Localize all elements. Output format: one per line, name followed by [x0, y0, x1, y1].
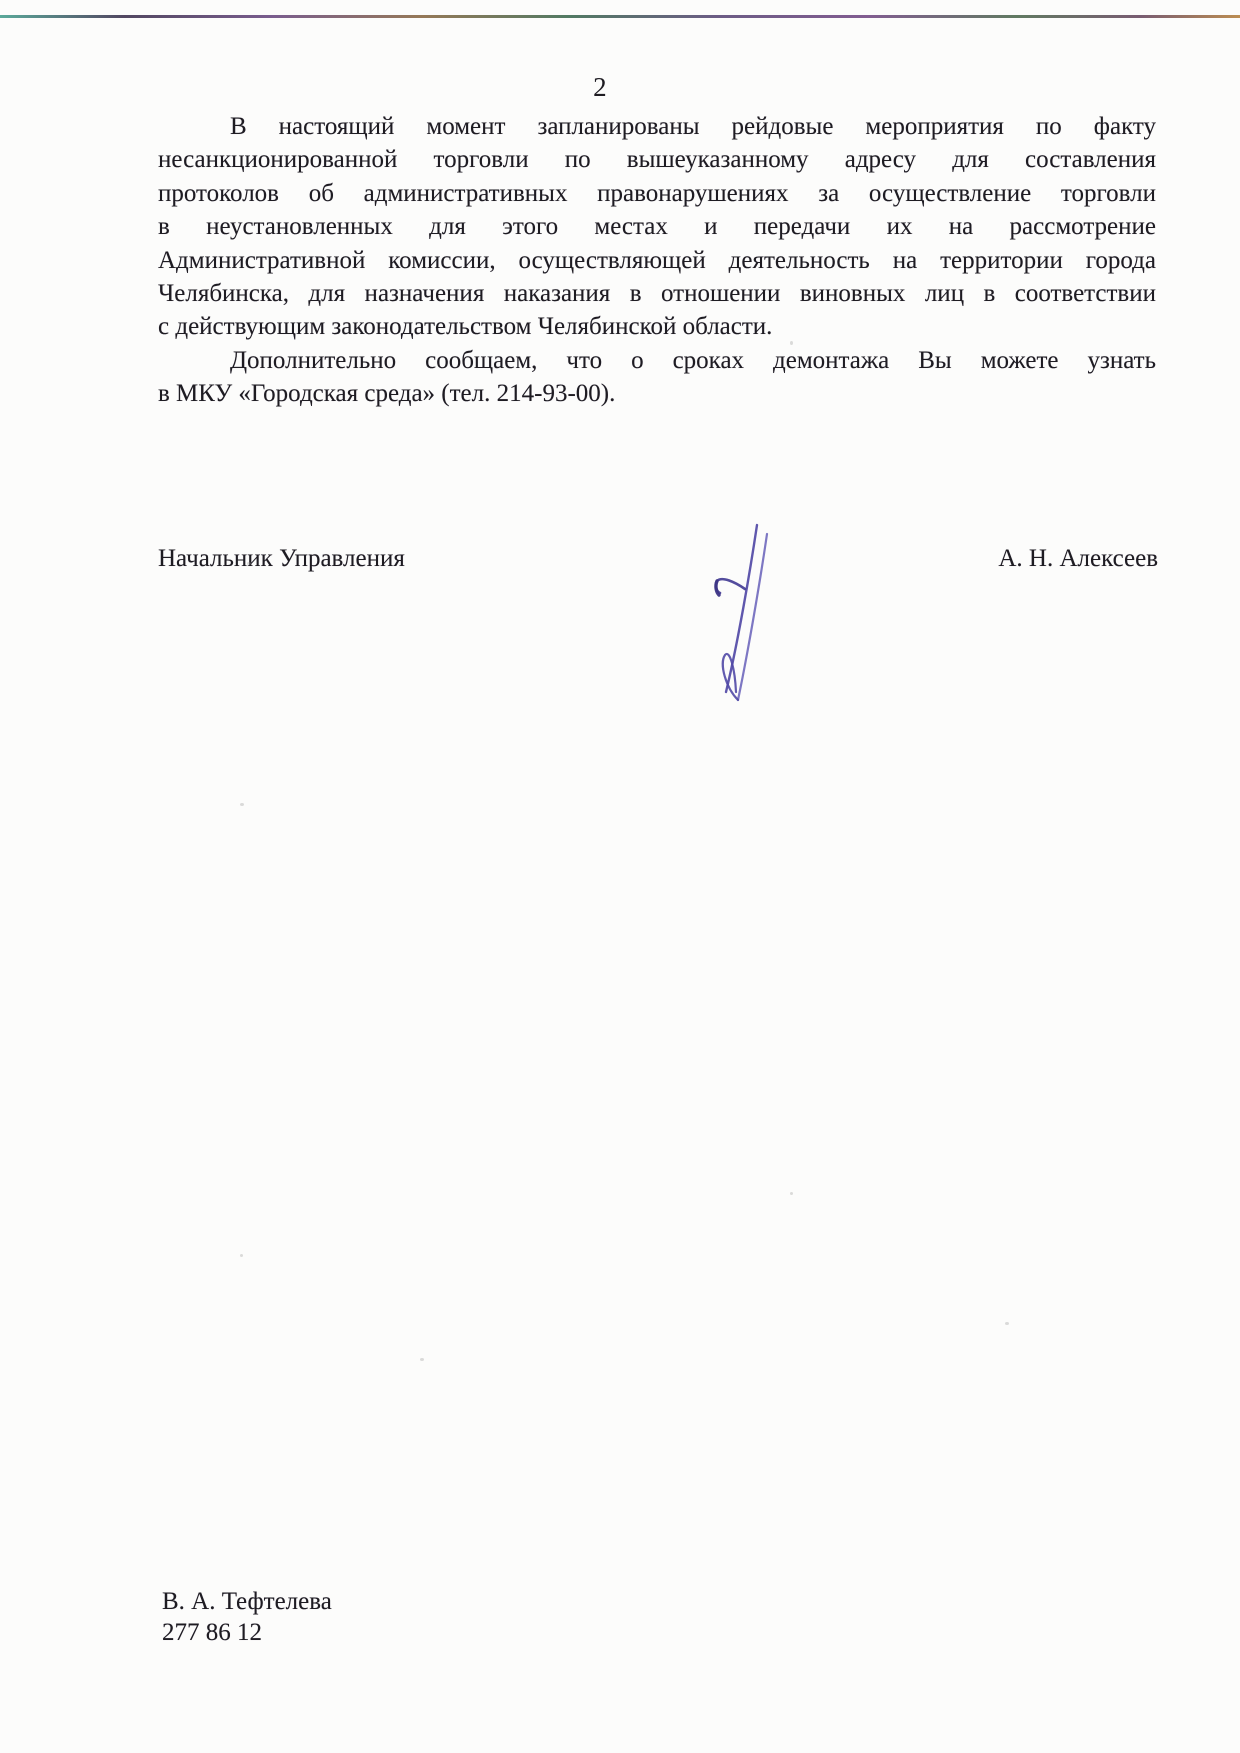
scan-speck [420, 1358, 424, 1361]
letter-body: В настоящий момент запланированы рейдовы… [158, 110, 1156, 411]
paragraph-line: в неустановленных для этого местах и пер… [158, 210, 1156, 243]
paragraph-line: Дополнительно сообщаем, что о сроках дем… [158, 344, 1156, 377]
signatory-name: А. Н. Алексеев [998, 545, 1158, 573]
scan-speck [240, 1254, 243, 1257]
scan-speck [1005, 1322, 1009, 1325]
paragraph-line: В настоящий момент запланированы рейдовы… [158, 110, 1156, 143]
signature-block: Начальник Управления А. Н. Алексеев [158, 545, 1158, 573]
scan-speck [790, 341, 793, 345]
footer-contact: В. А. Тефтелева 277 86 12 [162, 1586, 332, 1648]
scan-speck [240, 803, 244, 806]
scan-speck [790, 1192, 793, 1195]
footer-contact-name: В. А. Тефтелева [162, 1586, 332, 1617]
scan-artifact-line [0, 15, 1240, 18]
paragraph-line: в МКУ «Городская среда» (тел. 214-93-00)… [158, 377, 1156, 410]
paragraph-line: протоколов об административных правонару… [158, 177, 1156, 210]
paragraph-line: Административной комиссии, осуществляюще… [158, 244, 1156, 277]
scan-speck [247, 562, 251, 565]
scanned-letter-page: 2 В настоящий момент запланированы рейдо… [0, 0, 1240, 1753]
signatory-title: Начальник Управления [158, 545, 405, 573]
paragraph-line: несанкционированной торговли по вышеуказ… [158, 143, 1156, 176]
page-number: 2 [560, 72, 640, 103]
signature-ink [690, 512, 810, 712]
footer-contact-phone: 277 86 12 [162, 1617, 332, 1648]
paragraph-line: Челябинска, для назначения наказания в о… [158, 277, 1156, 310]
paragraph-line: с действующим законодательством Челябинс… [158, 310, 1156, 343]
